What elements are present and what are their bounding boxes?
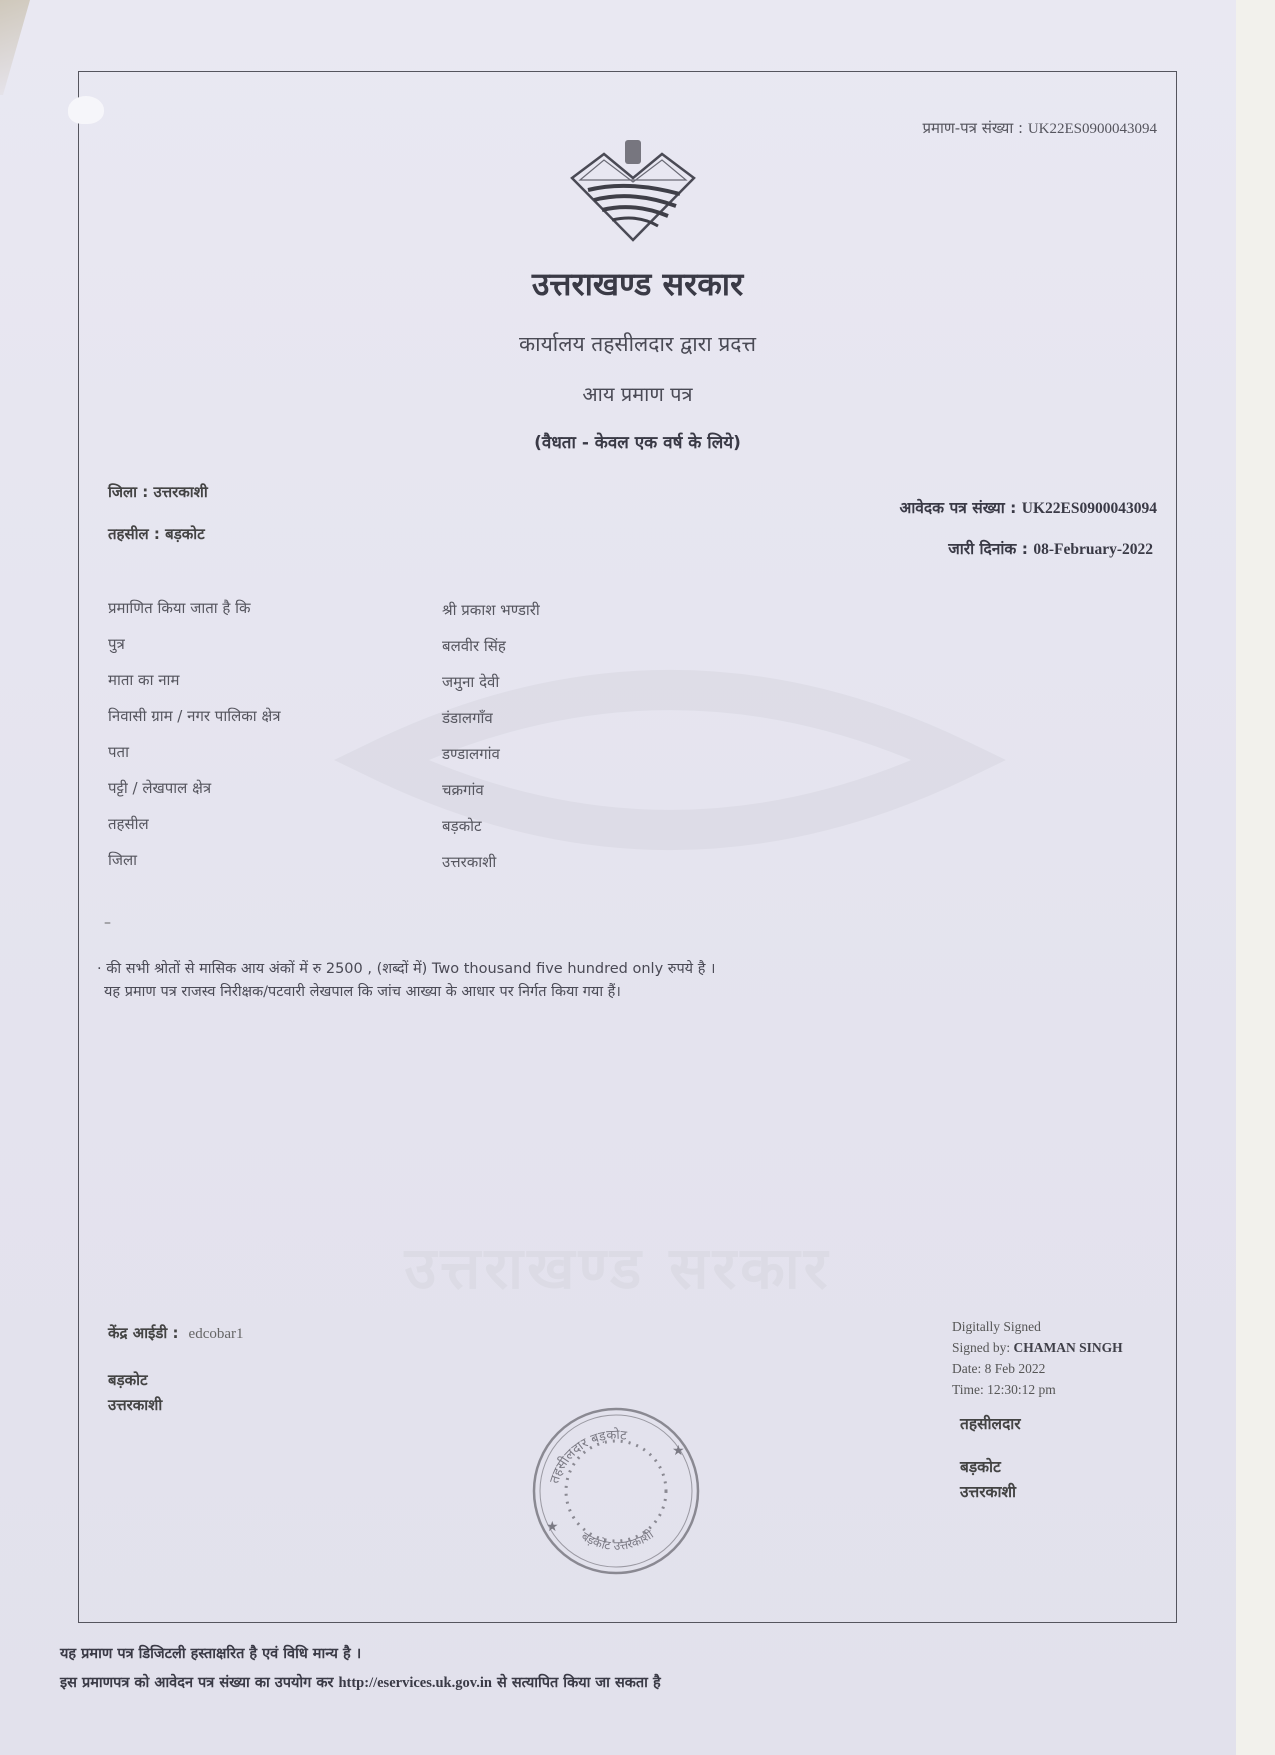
signer-designation: तहसीलदार xyxy=(960,1412,1021,1434)
svg-text:★: ★ xyxy=(672,1443,685,1459)
footer-validity-note: यह प्रमाण पत्र डिजिटली हस्ताक्षरित है एव… xyxy=(60,1643,361,1663)
separator-dash: – xyxy=(104,915,111,931)
issue-date-label: जारी दिनांक : xyxy=(948,540,1028,558)
office-subtitle: कार्यालय तहसीलदार द्वारा प्रदत्त xyxy=(0,330,1275,358)
footer-prefix: इस प्रमाणपत्र को आवेदन पत्र संख्या का उप… xyxy=(60,1675,333,1691)
issuer-place: बड़कोट xyxy=(108,1368,162,1393)
issue-date: जारी दिनांक : 08-February-2022 xyxy=(948,537,1153,559)
details-value: चक्रगांव xyxy=(442,780,484,800)
signed-by-label: Signed by: xyxy=(952,1340,1010,1355)
details-value: डंडालगाँव xyxy=(442,708,493,728)
digitally-signed-text: Digitally Signed xyxy=(952,1316,1123,1337)
district-header: जिला : उत्तरकाशी xyxy=(108,482,208,502)
income-statement: · की सभी श्रोतों से मासिक आय अंकों में र… xyxy=(97,958,716,978)
centre-id: केंद्र आईडी :edcobar1 xyxy=(108,1323,244,1343)
verification-link[interactable]: http://eservices.uk.gov.in xyxy=(338,1675,491,1691)
punch-hole xyxy=(68,96,104,124)
issue-date-value: 08-February-2022 xyxy=(1033,541,1153,558)
svg-text:★: ★ xyxy=(546,1519,559,1535)
details-label: निवासी ग्राम / नगर पालिका क्षेत्र xyxy=(108,706,280,726)
certificate-number-value: UK22ES0900043094 xyxy=(1028,121,1157,137)
certificate-number-label: प्रमाण-पत्र संख्या : xyxy=(923,119,1024,137)
digital-signature-block: Digitally Signed Signed by: CHAMAN SINGH… xyxy=(952,1316,1123,1400)
issuer-district: उत्तरकाशी xyxy=(108,1393,162,1418)
basis-statement: यह प्रमाण पत्र राजस्व निरीक्षक/पटवारी ले… xyxy=(104,981,621,1001)
details-label: पट्टी / लेखपाल क्षेत्र xyxy=(108,778,211,798)
details-value: बड़कोट xyxy=(442,816,482,836)
details-value: डण्डालगांव xyxy=(442,744,500,764)
signer-place: बड़कोट xyxy=(960,1455,1016,1480)
uttarakhand-emblem-icon xyxy=(568,138,698,243)
centre-id-label: केंद्र आईडी : xyxy=(108,1324,179,1342)
official-seal-icon: तहसीलदार बड़कोट बड़कोट उत्तरकाशी ★ ★ xyxy=(526,1403,706,1578)
svg-text:बड़कोट उत्तरकाशी: बड़कोट उत्तरकाशी xyxy=(579,1527,657,1553)
document-type: आय प्रमाण पत्र xyxy=(0,380,1275,407)
signature-time: Time: 12:30:12 pm xyxy=(952,1379,1123,1400)
centre-id-value: edcobar1 xyxy=(189,1326,244,1342)
seal-bottom-text: बड़कोट उत्तरकाशी xyxy=(579,1527,657,1553)
details-label: माता का नाम xyxy=(108,670,179,690)
details-label: प्रमाणित किया जाता है कि xyxy=(108,598,251,618)
details-label: पता xyxy=(108,742,129,762)
details-value: बलवीर सिंह xyxy=(442,636,506,656)
tehsil-header: तहसील : बड़कोट xyxy=(108,524,205,544)
details-label: तहसील xyxy=(108,814,149,834)
footer-suffix: से सत्यापित किया जा सकता है xyxy=(497,1675,661,1691)
signature-date: Date: 8 Feb 2022 xyxy=(952,1358,1123,1379)
footer-verification-note: इस प्रमाणपत्र को आवेदन पत्र संख्या का उप… xyxy=(60,1672,661,1692)
signer-district: उत्तरकाशी xyxy=(960,1480,1016,1505)
application-number-label: आवेदक पत्र संख्या : xyxy=(899,499,1016,517)
application-number-value: UK22ES0900043094 xyxy=(1022,500,1157,517)
certificate-number: प्रमाण-पत्र संख्या : UK22ES0900043094 xyxy=(923,118,1158,138)
validity-note: (वैधता - केवल एक वर्ष के लिये) xyxy=(0,430,1275,453)
signer-location: बड़कोट उत्तरकाशी xyxy=(960,1455,1016,1505)
seal-top-text: तहसीलदार बड़कोट xyxy=(547,1427,628,1486)
signed-by: Signed by: CHAMAN SINGH xyxy=(952,1337,1123,1358)
details-label: जिला xyxy=(108,850,137,870)
svg-text:तहसीलदार बड़कोट: तहसीलदार बड़कोट xyxy=(547,1427,628,1486)
application-number: आवेदक पत्र संख्या : UK22ES0900043094 xyxy=(899,496,1157,518)
details-label: पुत्र xyxy=(108,634,125,654)
government-title: उत्तराखण्ड सरकार xyxy=(0,262,1275,305)
details-value: जमुना देवी xyxy=(442,672,499,692)
details-value: श्री प्रकाश भण्डारी xyxy=(442,600,540,620)
issuer-location: बड़कोट उत्तरकाशी xyxy=(108,1368,162,1418)
signer-name: CHAMAN SINGH xyxy=(1014,1340,1123,1355)
details-value: उत्तरकाशी xyxy=(442,852,496,872)
